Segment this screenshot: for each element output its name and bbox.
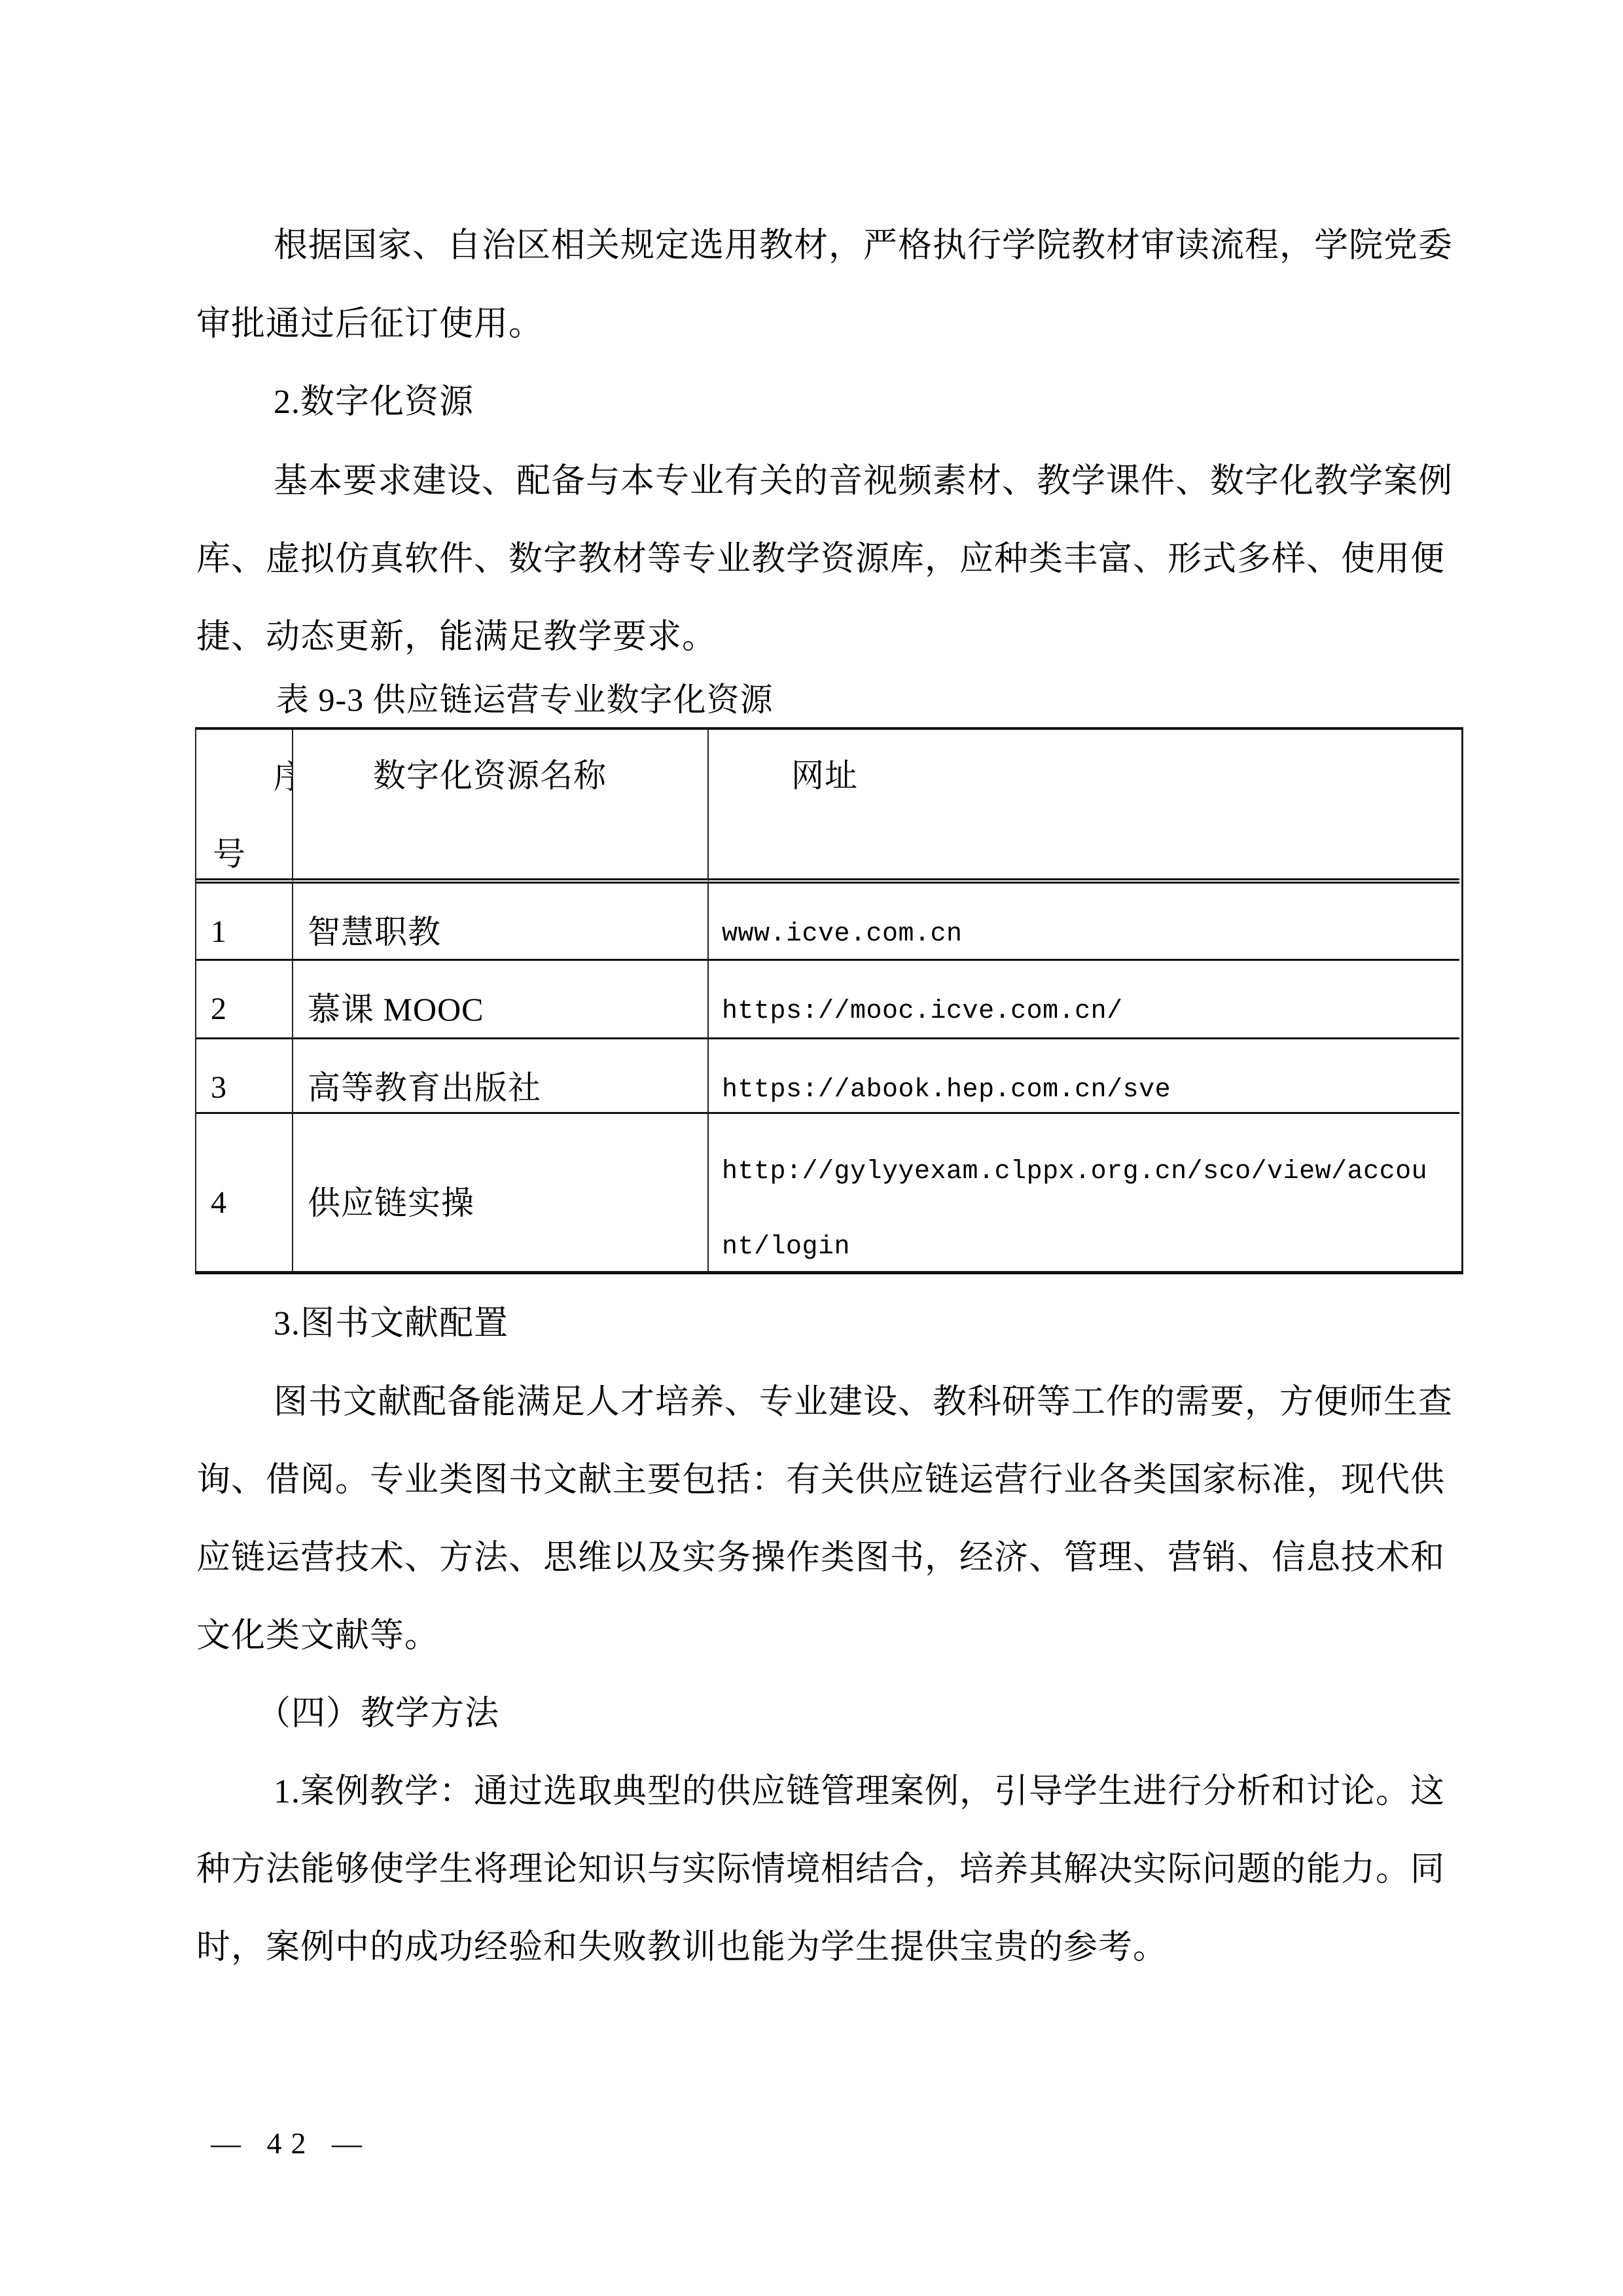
heading-teaching-methods: （四）教学方法 <box>257 1695 499 1734</box>
table-row-2-name: 慕课 MOOC <box>293 961 709 1039</box>
heading-digital-resources: 2.数字化资源 <box>274 383 474 422</box>
paragraph-books-line2: 询、借阅。专业类图书文献主要包括：有关供应链运营行业各类国家标准，现代供 <box>196 1461 1445 1500</box>
table-row-4-no: 4 <box>196 1114 293 1271</box>
document-page: 根据国家、自治区相关规定选用教材，严格执行学院教材审读流程，学院党委 审批通过后… <box>0 0 1623 2296</box>
table-header-url: 网址 <box>709 730 1459 884</box>
table-row-1-no: 1 <box>196 884 293 961</box>
page-number: — 42 — <box>211 2126 371 2161</box>
table-row-2-url: https://mooc.icve.com.cn/ <box>709 961 1459 1039</box>
table-header-serial-number: 序 号 <box>196 730 293 884</box>
digital-resources-table: 序 号 数字化资源名称 网址 1 智慧职教 www.icve.com.cn 2 … <box>195 727 1463 1274</box>
table-row-4-url-line2: nt/login <box>722 1210 1459 1271</box>
table-row-4-name: 供应链实操 <box>293 1114 709 1271</box>
table-row-3-name: 高等教育出版社 <box>293 1039 709 1114</box>
header-serial-char2: 号 <box>213 836 246 872</box>
paragraph-books-line4: 文化类文献等。 <box>196 1617 439 1656</box>
table-row-1-name: 智慧职教 <box>293 884 709 961</box>
table-header-resource-name: 数字化资源名称 <box>293 730 709 884</box>
paragraph-digital-line3: 捷、动态更新，能满足教学要求。 <box>196 618 717 657</box>
paragraph-digital-line2: 库、虚拟仿真软件、数字教材等专业教学资源库，应种类丰富、形式多样、使用便 <box>196 540 1445 579</box>
table-row-4-url-line1: http://gylyyexam.clppx.org.cn/sco/view/a… <box>722 1134 1459 1210</box>
paragraph-textbook-line1: 根据国家、自治区相关规定选用教材，严格执行学院教材审读流程，学院党委 <box>274 226 1453 266</box>
paragraph-methods-line1: 1.案例教学：通过选取典型的供应链管理案例，引导学生进行分析和讨论。这 <box>274 1772 1445 1812</box>
table-row-3-no: 3 <box>196 1039 293 1114</box>
table-row-4-url: http://gylyyexam.clppx.org.cn/sco/view/a… <box>709 1114 1459 1271</box>
paragraph-books-line1: 图书文献配备能满足人才培养、专业建设、教科研等工作的需要，方便师生查 <box>274 1383 1453 1422</box>
paragraph-books-line3: 应链运营技术、方法、思维以及实务操作类图书，经济、管理、营销、信息技术和 <box>196 1539 1445 1578</box>
table-caption: 表 9-3 供应链运营专业数字化资源 <box>276 681 774 719</box>
paragraph-textbook-line2: 审批通过后征订使用。 <box>196 305 543 344</box>
header-serial-char1: 序 <box>274 759 293 795</box>
paragraph-digital-line1: 基本要求建设、配备与本专业有关的音视频素材、教学课件、数字化教学案例 <box>274 462 1453 501</box>
paragraph-methods-line3: 时，案例中的成功经验和失败教训也能为学生提供宝贵的参考。 <box>196 1928 1168 1967</box>
table-row-1-url: www.icve.com.cn <box>709 884 1459 961</box>
table-row-2-no: 2 <box>196 961 293 1039</box>
paragraph-methods-line2: 种方法能够使学生将理论知识与实际情境相结合，培养其解决实际问题的能力。同 <box>196 1850 1445 1890</box>
table-row-3-url: https://abook.hep.com.cn/sve <box>709 1039 1459 1114</box>
heading-library-documents: 3.图书文献配置 <box>274 1304 508 1344</box>
